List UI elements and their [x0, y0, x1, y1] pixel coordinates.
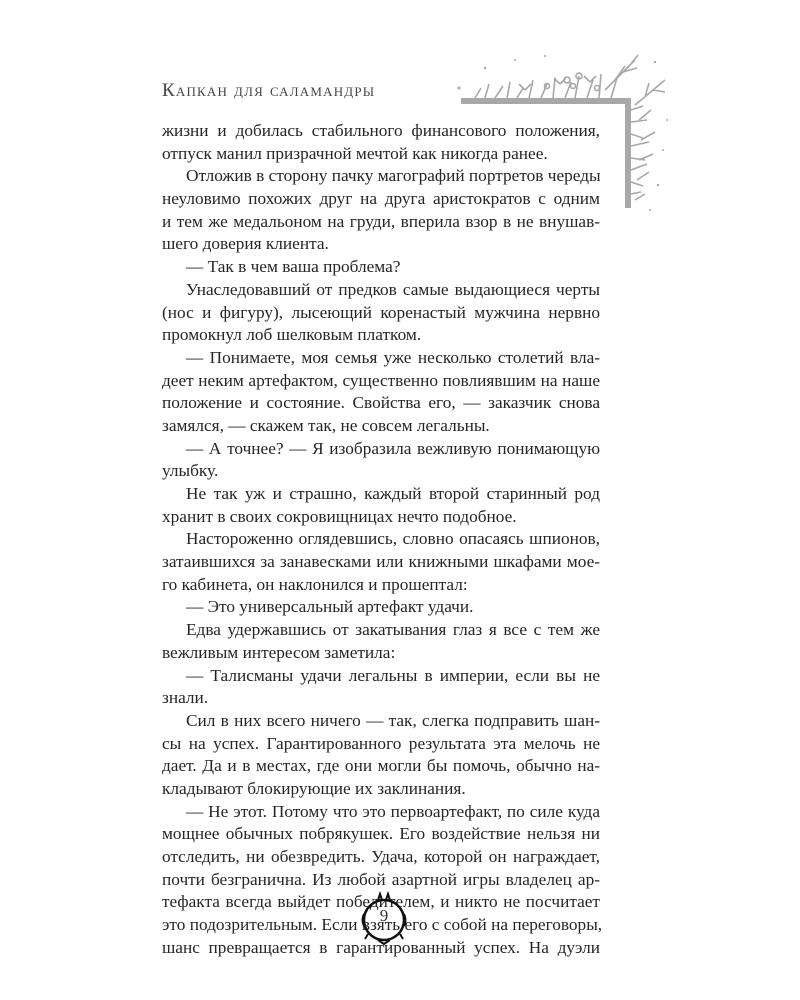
text-line: сы на успех. Гарантированного результата… [162, 733, 600, 756]
text-line: (нос и фигуру), лысеющий коренастый мужч… [162, 302, 600, 325]
text-line: улыбку. [162, 460, 600, 483]
page-number: 9 [354, 906, 414, 926]
text-line: — Так в чем ваша проблема? [162, 256, 600, 279]
text-line: знали. [162, 687, 600, 710]
text-line: жизни и добилась стабильного финансового… [162, 120, 600, 143]
text-line: промокнул лоб шелковым платком. [162, 324, 600, 347]
text-line: дает. Да и в местах, где они могли бы по… [162, 755, 600, 778]
text-line: Отложив в сторону пачку магографий портр… [162, 165, 600, 188]
body-text: жизни и добилась стабильного финансового… [162, 120, 600, 959]
text-line: — А точнее? — Я изобразила вежливую пони… [162, 438, 600, 461]
page-number-frame: 9 [354, 890, 414, 950]
text-line: и тем же медальоном на груди, вперила вз… [162, 211, 600, 234]
text-line: вежливым интересом заметила: [162, 642, 600, 665]
text-line: замялся, — скажем так, не совсем легальн… [162, 415, 600, 438]
text-line: хранит в своих сокровищницах нечто подоб… [162, 506, 600, 529]
text-line: деет неким артефактом, существенно повли… [162, 370, 600, 393]
text-line: шего доверия клиента. [162, 233, 600, 256]
text-line: положение и состояние. Свойства его, — з… [162, 392, 600, 415]
text-line: Унаследовавший от предков самые выдающие… [162, 279, 600, 302]
text-line: — Понимаете, моя семья уже несколько сто… [162, 347, 600, 370]
text-line: почти безгранична. Из любой азартной игр… [162, 869, 600, 892]
text-line: неуловимо похожих друг на друга аристокр… [162, 188, 600, 211]
text-line: — Это универсальный артефакт удачи. [162, 596, 600, 619]
text-line: Едва удержавшись от закатывания глаз я в… [162, 619, 600, 642]
text-line: отследить, ни обезвредить. Удача, которо… [162, 846, 600, 869]
text-line: мощнее обычных побрякушек. Его воздейств… [162, 823, 600, 846]
text-line: Сил в них всего ничего — так, слегка под… [162, 710, 600, 733]
text-line: Настороженно огляд­евшись, словно опасая… [162, 528, 600, 551]
running-title: Капкан для саламандры [162, 80, 375, 102]
text-line: го кабинета, он наклонился и прошептал: [162, 574, 600, 597]
book-page: Капкан для саламандры [0, 0, 800, 1000]
text-line: — Талисманы удачи легальны в империи, ес… [162, 665, 600, 688]
text-line: отпуск манил призрачной мечтой как никог… [162, 143, 600, 166]
text-line: Не так уж и страшно, каждый второй стари… [162, 483, 600, 506]
text-line: кладывают блокирующие их заклинания. [162, 778, 600, 801]
text-line: — Не этот. Потому что это первоартефакт,… [162, 801, 600, 824]
text-line: затаившихся за занавесками или книжными … [162, 551, 600, 574]
